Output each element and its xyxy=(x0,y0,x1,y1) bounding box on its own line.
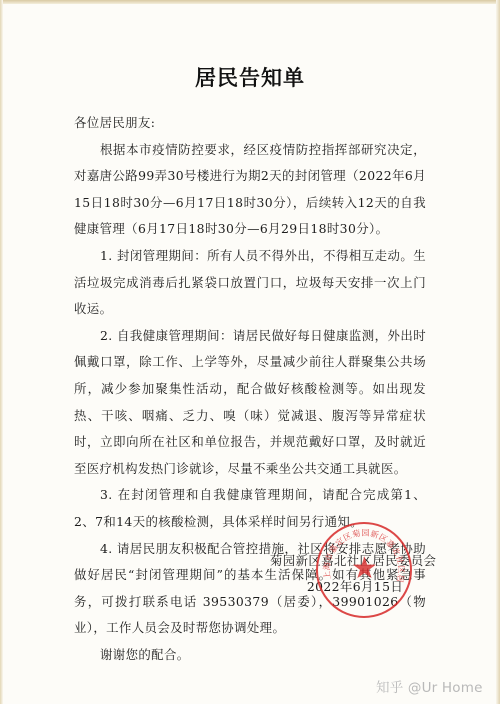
signature-date: 2022年6月15日 xyxy=(270,574,440,600)
signature-organization: 菊园新区嘉北社区居民委员会 xyxy=(270,548,440,574)
paragraph-thanks: 谢谢您的配合。 xyxy=(74,642,426,669)
watermark: 知乎 @Ur Home xyxy=(376,676,483,696)
document-title: 居民告知单 xyxy=(0,62,500,92)
paragraph-item-3: 3. 在封闭管理和自我健康管理期间，请配合完成第1、2、7和14天的核酸检测，具… xyxy=(74,482,426,535)
greeting: 各位居民朋友: xyxy=(74,110,426,137)
paragraph-intro: 根据本市疫情防控要求，经区疫情防控指挥部研究决定，对嘉唐公路99弄30号楼进行为… xyxy=(74,137,426,243)
signature-block: 菊园新区嘉北社区居民委员会 2022年6月15日 xyxy=(270,548,440,600)
paragraph-item-1: 1. 封闭管理期间：所有人员不得外出，不得相互走动。生活垃圾完成消毒后扎紧袋口放… xyxy=(74,243,426,323)
notice-document: 居民告知单 各位居民朋友: 根据本市疫情防控要求，经区疫情防控指挥部研究决定，对… xyxy=(0,0,500,704)
paragraph-item-2: 2. 自我健康管理期间：请居民做好每日健康监测，外出时佩戴口罩，除工作、上学等外… xyxy=(74,323,426,483)
